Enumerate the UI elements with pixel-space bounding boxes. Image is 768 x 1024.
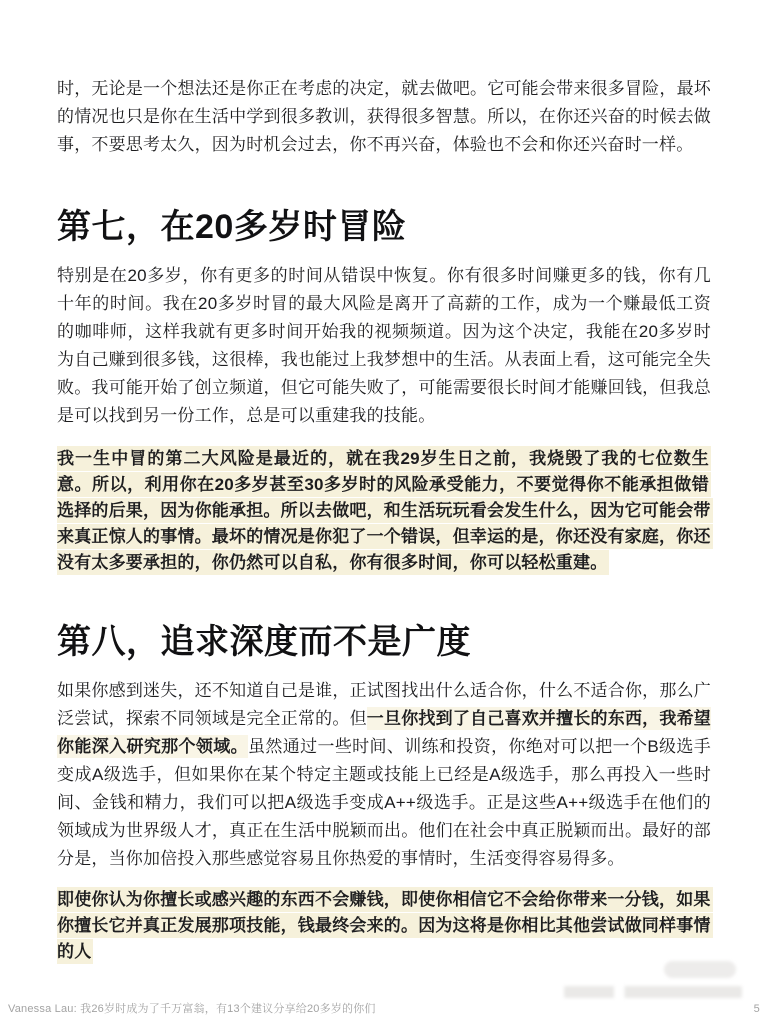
intro-paragraph: 时，无论是一个想法还是你正在考虑的决定，就去做吧。它可能会带来很多冒险，最坏的情… <box>57 75 711 159</box>
footer-source: Vanessa Lau: 我26岁时成为了千万富翁，有13个建议分享给20多岁的… <box>8 1000 376 1016</box>
watermark <box>564 961 744 998</box>
section7-highlight-paragraph: 我一生中冒的第二大风险是最近的，就在我29岁生日之前，我烧毁了我的七位数生意。所… <box>57 446 711 576</box>
section7-heading: 第七，在20多岁时冒险 <box>57 205 711 249</box>
watermark-text-blur <box>564 986 742 998</box>
document-page: 时，无论是一个想法还是你正在考虑的决定，就去做吧。它可能会带来很多冒险，最坏的情… <box>0 0 768 1024</box>
section8-body-paragraph: 如果你感到迷失，还不知道自己是谁，正试图找出什么适合你，什么不适合你，那么广泛尝… <box>57 677 711 873</box>
section8-heading: 第八，追求深度而不是广度 <box>57 620 711 664</box>
highlighted-text: 我一生中冒的第二大风险是最近的，就在我29岁生日之前，我烧毁了我的七位数生意。所… <box>57 446 713 575</box>
page-footer: Vanessa Lau: 我26岁时成为了千万富翁，有13个建议分享给20多岁的… <box>8 1000 760 1016</box>
highlighted-text: 即使你认为你擅长或感兴趣的东西不会赚钱，即使你相信它不会给你带来一分钱，如果你擅… <box>57 887 713 964</box>
section7-body-paragraph: 特别是在20多岁，你有更多的时间从错误中恢复。你有很多时间赚更多的钱，你有几十年… <box>57 262 711 430</box>
section8-highlight-paragraph: 即使你认为你擅长或感兴趣的东西不会赚钱，即使你相信它不会给你带来一分钱，如果你擅… <box>57 887 711 965</box>
page-number: 5 <box>754 1003 760 1015</box>
